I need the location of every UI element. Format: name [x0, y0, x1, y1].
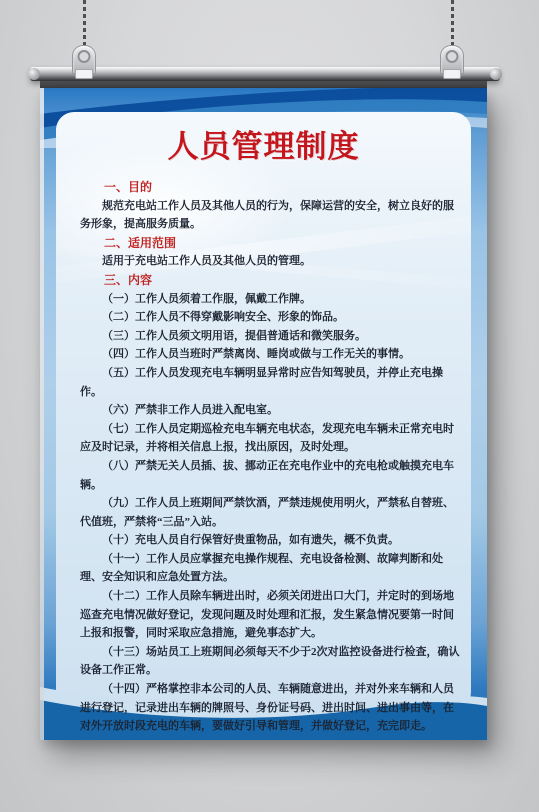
poster-paragraph: 规范充电站工作人员及其他人员的行为，保障运营的安全，树立良好的服务形象，提高服务…	[80, 197, 462, 234]
wall-background: 人员管理制度 一、目的规范充电站工作人员及其他人员的行为，保障运营的安全，树立良…	[0, 0, 539, 812]
poster-paragraph: （十三）场站员工上班期间必须每天不少于2次对监控设备进行检查，确认设备工作正常。	[80, 643, 462, 680]
poster-paragraph: （七）工作人员定期巡检充电车辆充电状态，发现充电车辆未正常充电时应及时记录，并将…	[80, 420, 462, 457]
poster-paragraph: （八）严禁无关人员插、拔、挪动正在充电作业中的充电枪或触摸充电车辆。	[80, 457, 462, 494]
poster-paragraph: （九）工作人员上班期间严禁饮酒，严禁违规使用明火，严禁私自替班、代值班，严禁将“…	[80, 494, 462, 531]
poster-paragraph: （二）工作人员不得穿戴影响安全、形象的饰品。	[80, 308, 462, 327]
poster-blocks: 一、目的规范充电站工作人员及其他人员的行为，保障运营的安全，树立良好的服务形象，…	[40, 178, 487, 736]
poster-paragraph: （三）工作人员须文明用语，提倡普通话和微笑服务。	[80, 327, 462, 346]
poster-rail	[30, 67, 500, 81]
poster-paragraph: （四）工作人员当班时严禁离岗、睡岗或做与工作无关的事情。	[80, 345, 462, 364]
poster-paragraph: （十）充电人员自行保管好贵重物品，如有遗失，概不负责。	[80, 531, 462, 550]
hanging-clip-left	[72, 45, 96, 74]
hanging-clip-right	[440, 45, 464, 74]
poster-paragraph: （十二）工作人员除车辆进出时，必须关闭进出口大门，并定时的到场地巡查充电情况做好…	[80, 587, 462, 643]
poster-paragraph: （一）工作人员须着工作服，佩戴工作牌。	[80, 290, 462, 309]
section-heading: 三、内容	[80, 271, 462, 290]
poster-paragraph: （十一）工作人员应掌握充电操作规程、充电设备检测、故障判断和处理、安全知识和应急…	[80, 550, 462, 587]
poster-title: 人员管理制度	[40, 128, 487, 166]
section-heading: 二、适用范围	[80, 234, 462, 253]
poster: 人员管理制度 一、目的规范充电站工作人员及其他人员的行为，保障运营的安全，树立良…	[40, 88, 487, 740]
poster-paragraph: 适用于充电站工作人员及其他人员的管理。	[80, 252, 462, 271]
poster-content: 人员管理制度 一、目的规范充电站工作人员及其他人员的行为，保障运营的安全，树立良…	[40, 88, 487, 740]
poster-paragraph: （五）工作人员发现充电车辆明显异常时应告知驾驶员，并停止充电操作。	[80, 364, 462, 401]
poster-paragraph: （十四）严格掌控非本公司的人员、车辆随意进出，并对外来车辆和人员进行登记，记录进…	[80, 680, 462, 736]
poster-paragraph: （六）严禁非工作人员进入配电室。	[80, 401, 462, 420]
section-heading: 一、目的	[80, 178, 462, 197]
